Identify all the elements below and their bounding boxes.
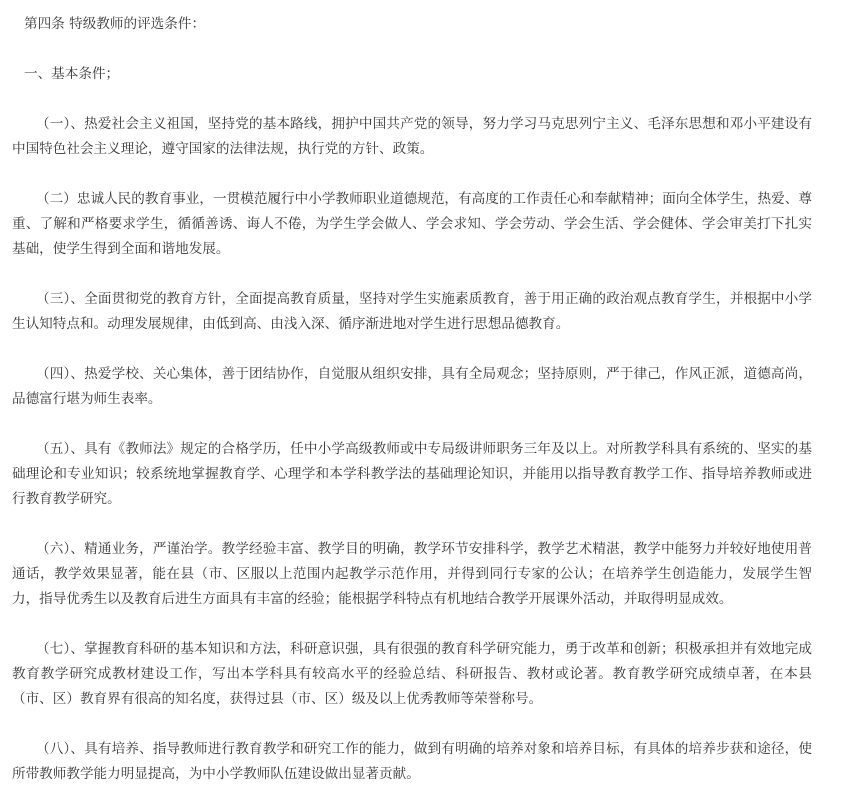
condition-paragraph-6: （六）、精通业务，严谨治学。教学经验丰富、教学目的明确，教学环节安排科学，教学艺…: [12, 537, 812, 612]
condition-paragraph-2: （二）忠诚人民的教育事业，一贯模范履行中小学教师职业道德规范，有高度的工作责任心…: [12, 187, 812, 262]
article-title: 第四条 特级教师的评选条件：: [12, 12, 812, 37]
condition-paragraph-7: （七）、掌握教育科研的基本知识和方法，科研意识强，具有很强的教育科学研究能力，勇…: [12, 637, 812, 712]
condition-paragraph-5: （五）、具有《教师法》规定的合格学历，任中小学高级教师或中专局级讲师职务三年及以…: [12, 437, 812, 512]
article-body: 第四条 特级教师的评选条件： 一、基本条件； （一）、热爱社会主义祖国，坚持党的…: [0, 0, 848, 787]
condition-paragraph-4: （四）、热爱学校、关心集体，善于团结协作，自觉服从组织安排，具有全局观念；坚持原…: [12, 362, 812, 412]
condition-paragraph-8: （八）、具有培养、指导教师进行教育教学和研究工作的能力，做到有明确的培养对象和培…: [12, 737, 812, 787]
section-heading: 一、基本条件；: [12, 62, 812, 87]
condition-paragraph-1: （一）、热爱社会主义祖国，坚持党的基本路线，拥护中国共产党的领导，努力学习马克思…: [12, 112, 812, 162]
condition-paragraph-3: （三）、全面贯彻党的教育方针，全面提高教育质量，坚持对学生实施素质教育，善于用正…: [12, 287, 812, 337]
